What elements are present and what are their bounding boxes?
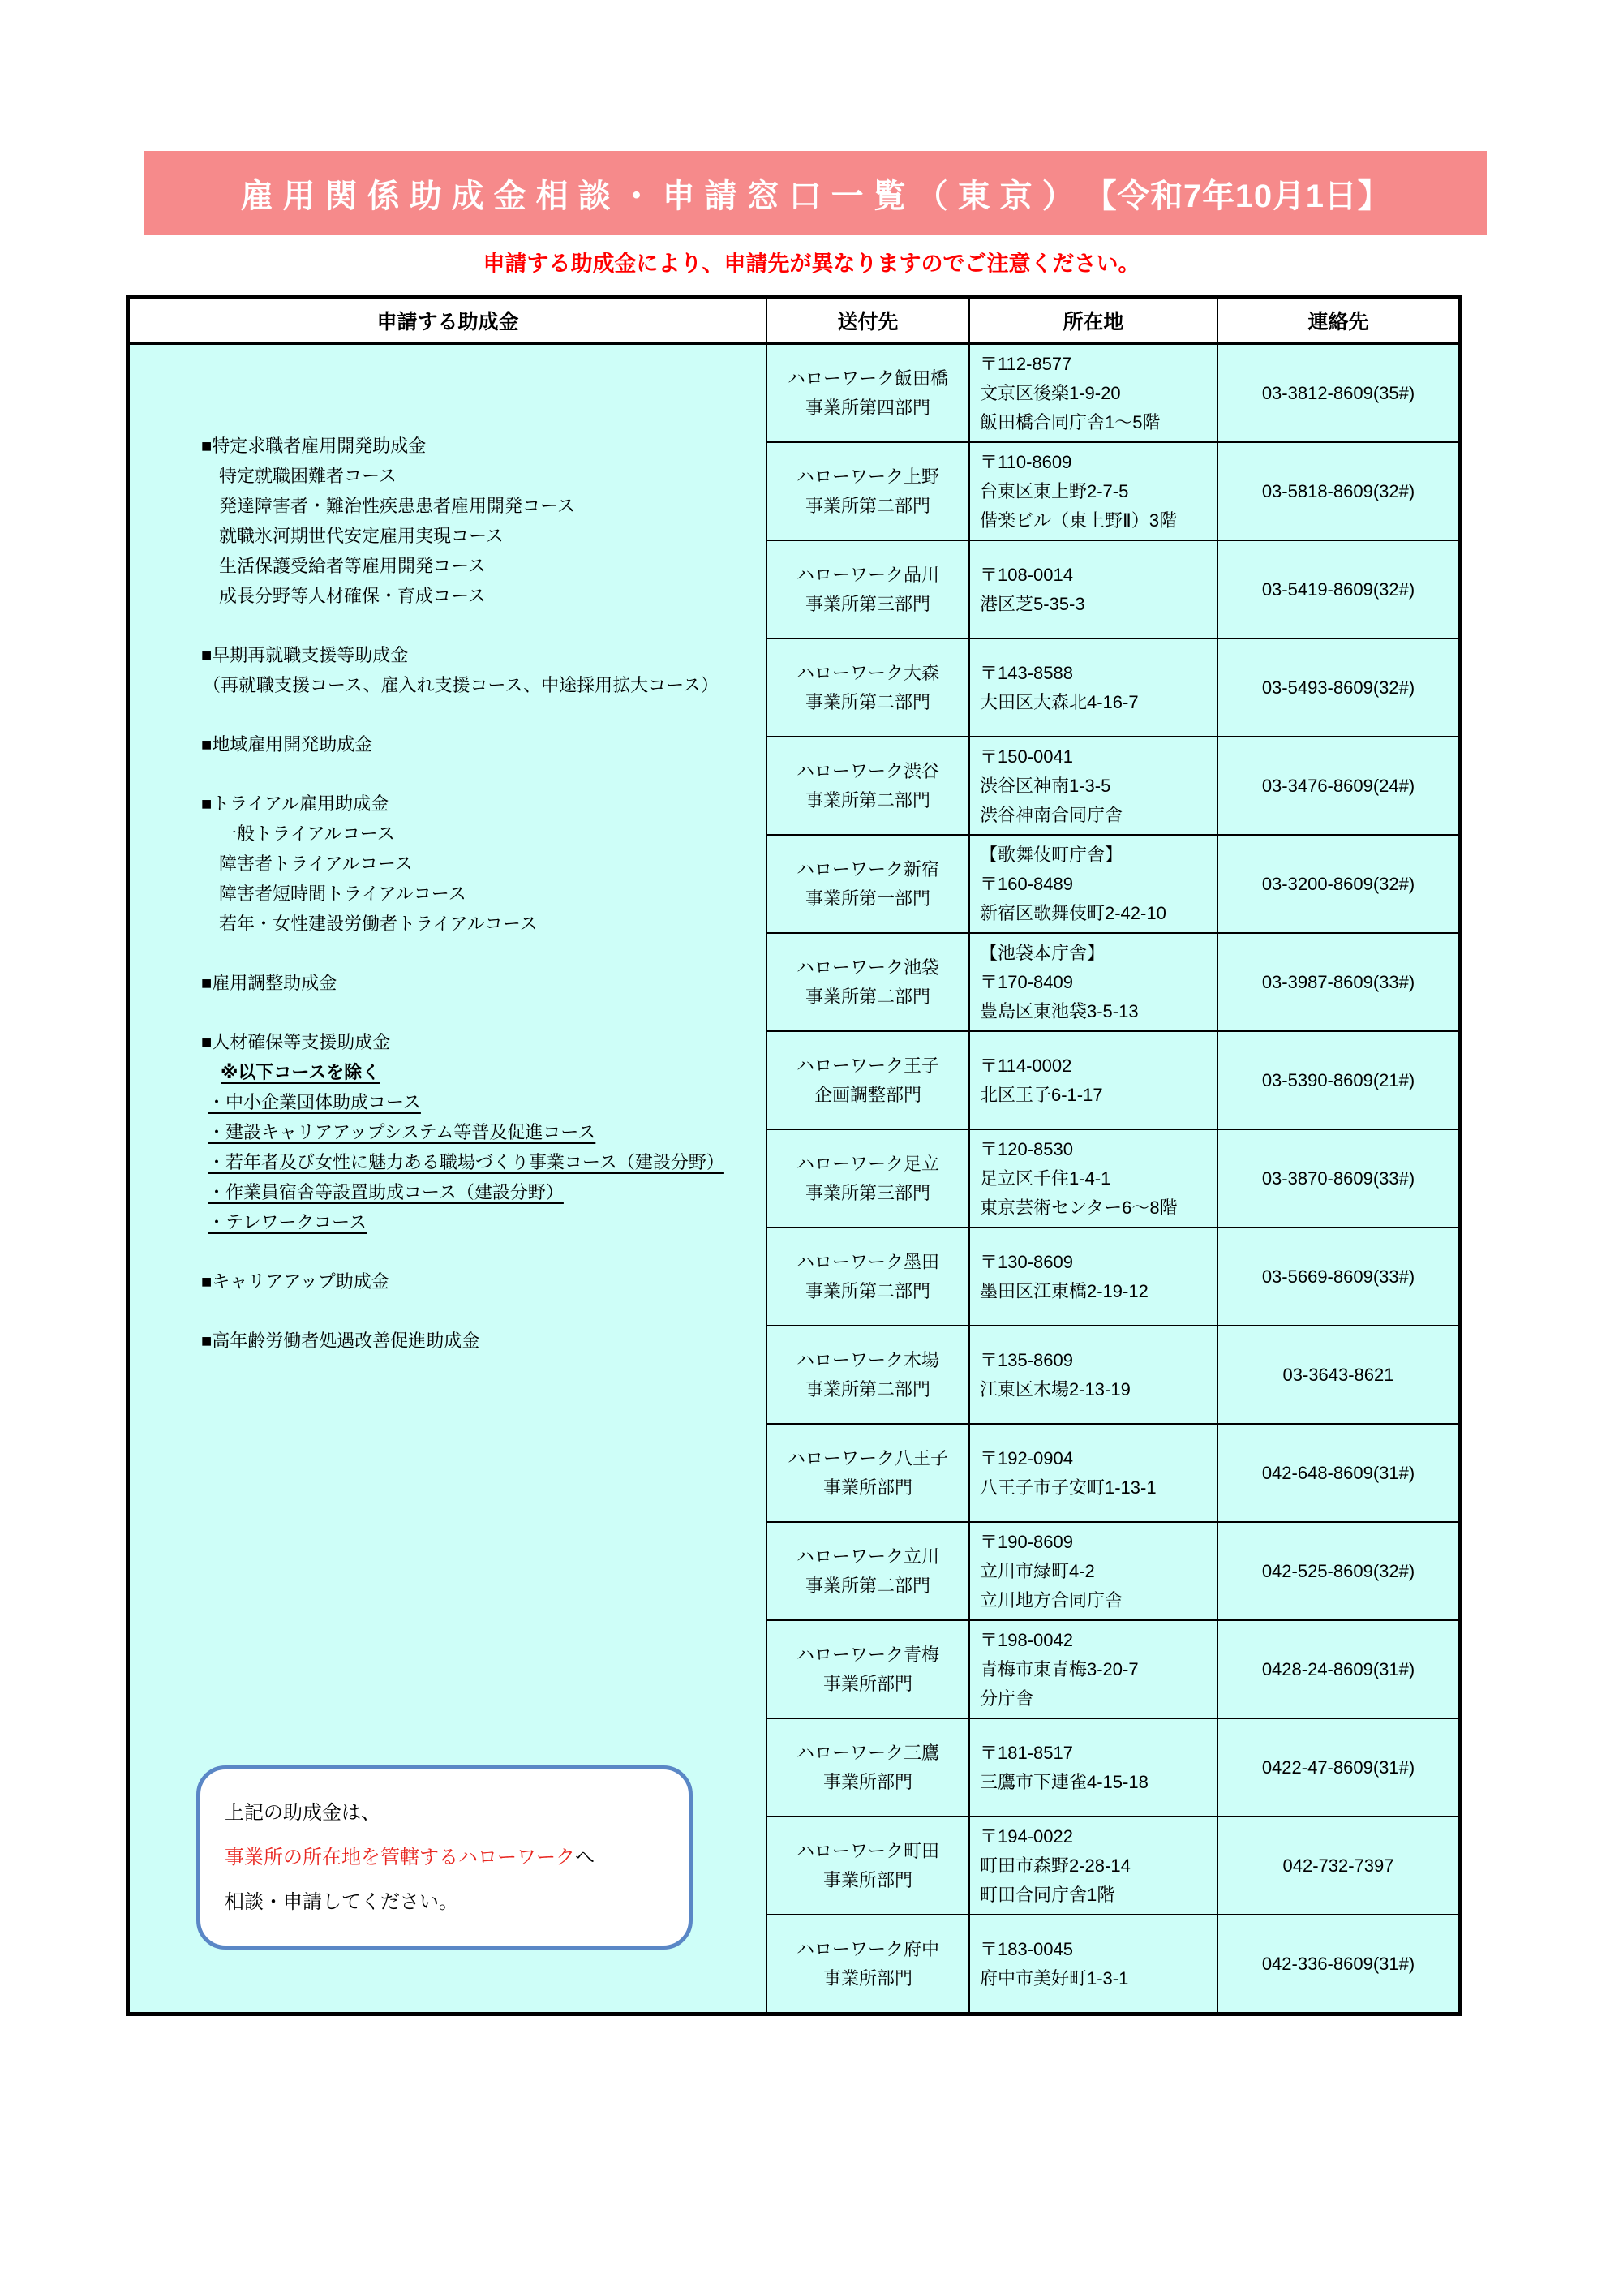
subsidy-list-item: 障害者トライアルコース (201, 849, 749, 879)
subsidy-list-item: ■地域雇用開発助成金 (201, 729, 749, 759)
text-line: ハローワーク町田 (796, 1837, 939, 1866)
subsidy-list-item: ・テレワークコース (201, 1207, 749, 1237)
subsidy-list-item: ■特定求職者雇用開発助成金 (201, 431, 749, 461)
table-body: ■特定求職者雇用開発助成金 特定就職困難者コース 発達障害者・難治性疾患患者雇用… (130, 345, 1458, 2012)
subsidy-list-item: ■早期再就職支援等助成金 (201, 640, 749, 670)
subsidy-window-table: 申請する助成金 送付先 所在地 連絡先 ■特定求職者雇用開発助成金 特定就職困難… (126, 295, 1462, 2016)
text-line: 東京芸術センター6～8階 (980, 1193, 1217, 1223)
office-rows: ハローワーク飯田橋事業所第四部門 〒112-8577文京区後楽1-9-20飯田橋… (767, 345, 1458, 2012)
text-line: 事業所第一部門 (805, 884, 930, 914)
column-header-contact: 連絡先 (1218, 299, 1458, 342)
text-line: 事業所部門 (823, 1670, 912, 1699)
text-line: ハローワーク王子 (796, 1051, 939, 1081)
text-line: 飯田橋合同庁舎1～5階 (980, 408, 1217, 437)
text-line: ハローワーク渋谷 (796, 757, 939, 786)
subsidy-list-item: ・作業員宿舎等設置助成コース（建設分野） (201, 1177, 749, 1207)
text-line: 江東区木場2-13-19 (980, 1375, 1217, 1404)
text-line: ハローワーク足立 (796, 1150, 939, 1179)
office-row: ハローワーク三鷹事業所部門 〒181-8517三鷹市下連雀4-15-18 042… (767, 1719, 1458, 1817)
address-cell: 〒112-8577文京区後楽1-9-20飯田橋合同庁舎1～5階 (970, 345, 1218, 441)
callout-black-suffix: へ (575, 1847, 595, 1868)
text-line: ハローワーク墨田 (796, 1248, 939, 1277)
text-line: 台東区東上野2-7-5 (980, 477, 1217, 506)
office-row: ハローワーク池袋事業所第二部門 【池袋本庁舎】〒170-8409豊島区東池袋3-… (767, 934, 1458, 1032)
phone-cell: 042-336-8609(31#) (1218, 1915, 1458, 2012)
text-line: 分庁舎 (980, 1684, 1217, 1713)
address-cell: 〒110-8609台東区東上野2-7-5偕楽ビル（東上野Ⅱ）3階 (970, 443, 1218, 540)
address-cell: 〒150-0041渋谷区神南1-3-5渋谷神南合同庁舎 (970, 737, 1218, 834)
text-line: 八王子市子安町1-13-1 (980, 1473, 1217, 1503)
column-header-address: 所在地 (970, 299, 1218, 342)
office-name-cell: ハローワーク青梅事業所部門 (767, 1621, 970, 1718)
address-cell: 〒181-8517三鷹市下連雀4-15-18 (970, 1719, 1218, 1816)
text-line: 〒135-8609 (980, 1346, 1217, 1375)
text-line: 北区王子6-1-17 (980, 1081, 1217, 1110)
office-row: ハローワーク飯田橋事業所第四部門 〒112-8577文京区後楽1-9-20飯田橋… (767, 345, 1458, 443)
subsidy-list-item: ■キャリアアップ助成金 (201, 1266, 749, 1296)
office-name-cell: ハローワーク渋谷事業所第二部門 (767, 737, 970, 834)
address-cell: 【歌舞伎町庁舎】〒160-8489新宿区歌舞伎町2-42-10 (970, 836, 1218, 932)
text-line: ハローワーク立川 (796, 1542, 939, 1572)
text-line: 事業所第二部門 (805, 786, 930, 815)
text-line: 〒183-0045 (980, 1935, 1217, 1964)
hellowork-callout: 上記の助成金は、 事業所の所在地を管轄するハローワークへ 相談・申請してください… (196, 1765, 693, 1950)
office-name-cell: ハローワーク府中事業所部門 (767, 1915, 970, 2012)
text-line: 企画調整部門 (814, 1081, 921, 1110)
phone-cell: 03-5669-8609(33#) (1218, 1228, 1458, 1325)
text-line: 立川地方合同庁舎 (980, 1586, 1217, 1615)
text-line: 〒108-0014 (980, 561, 1217, 590)
office-name-cell: ハローワーク王子企画調整部門 (767, 1032, 970, 1129)
text-line: ハローワーク新宿 (796, 855, 939, 884)
text-line: 豊島区東池袋3-5-13 (980, 997, 1217, 1026)
text-line: 〒114-0002 (980, 1051, 1217, 1081)
text-line: 事業所第二部門 (805, 982, 930, 1012)
text-line: ハローワーク大森 (796, 659, 939, 688)
subsidy-list-item: 生活保護受給者等雇用開発コース (201, 551, 749, 581)
office-row: ハローワーク王子企画調整部門 〒114-0002北区王子6-1-17 03-53… (767, 1032, 1458, 1130)
subsidy-list-item: 特定就職困難者コース (201, 461, 749, 491)
text-line: 事業所第二部門 (805, 1572, 930, 1601)
office-name-cell: ハローワーク墨田事業所第二部門 (767, 1228, 970, 1325)
office-row: ハローワーク品川事業所第三部門 〒108-0014港区芝5-35-3 03-54… (767, 541, 1458, 639)
text-line: 〒192-0904 (980, 1444, 1217, 1473)
office-name-cell: ハローワーク大森事業所第二部門 (767, 639, 970, 736)
subsidy-list-item: ■トライアル雇用助成金 (201, 789, 749, 819)
address-cell: 〒194-0022町田市森野2-28-14町田合同庁舎1階 (970, 1817, 1218, 1914)
text-line: 事業所第二部門 (805, 1277, 930, 1306)
subsidy-list-item: 就職氷河期世代安定雇用実現コース (201, 521, 749, 551)
callout-red-text: 事業所の所在地を管轄するハローワーク (225, 1847, 575, 1868)
text-line: ハローワーク飯田橋 (788, 364, 948, 393)
page-title: 雇用関係助成金相談・申請窓口一覧（東京） (241, 170, 1084, 217)
subsidy-list-item: 一般トライアルコース (201, 819, 749, 849)
text-line: ハローワーク品川 (796, 561, 939, 590)
office-name-cell: ハローワーク立川事業所第二部門 (767, 1523, 970, 1619)
text-line: 新宿区歌舞伎町2-42-10 (980, 899, 1217, 928)
office-row: ハローワーク町田事業所部門 〒194-0022町田市森野2-28-14町田合同庁… (767, 1817, 1458, 1915)
text-line: 〒160-8489 (980, 870, 1217, 899)
text-line: 大田区大森北4-16-7 (980, 688, 1217, 717)
office-row: ハローワーク新宿事業所第一部門 【歌舞伎町庁舎】〒160-8489新宿区歌舞伎町… (767, 836, 1458, 934)
text-line: ハローワーク八王子 (788, 1444, 948, 1473)
text-line: 事業所第二部門 (805, 1375, 930, 1404)
address-cell: 〒120-8530足立区千住1-4-1東京芸術センター6～8階 (970, 1130, 1218, 1227)
office-name-cell: ハローワーク木場事業所第二部門 (767, 1326, 970, 1423)
text-line: 事業所第二部門 (805, 492, 930, 521)
subsidy-list-item: ■雇用調整助成金 (201, 968, 749, 998)
office-name-cell: ハローワーク上野事業所第二部門 (767, 443, 970, 540)
phone-cell: 03-3643-8621 (1218, 1326, 1458, 1423)
text-line: 〒194-0022 (980, 1822, 1217, 1851)
text-line: 【池袋本庁舎】 (980, 939, 1217, 968)
phone-cell: 03-5818-8609(32#) (1218, 443, 1458, 540)
subsidy-list-item: 障害者短時間トライアルコース (201, 879, 749, 909)
text-line: ハローワーク府中 (796, 1935, 939, 1964)
subsidy-list-item: 成長分野等人材確保・育成コース (201, 581, 749, 611)
text-line: 事業所部門 (823, 1866, 912, 1895)
address-cell: 〒183-0045府中市美好町1-3-1 (970, 1915, 1218, 2012)
text-line: 〒110-8609 (980, 448, 1217, 477)
office-row: ハローワーク墨田事業所第二部門 〒130-8609墨田区江東橋2-19-12 0… (767, 1228, 1458, 1326)
page-title-date: 【令和7年10月1日】 (1084, 170, 1391, 217)
text-line: 事業所第三部門 (805, 1179, 930, 1208)
text-line: 〒130-8609 (980, 1248, 1217, 1277)
subsidy-list-item: ・建設キャリアアップシステム等普及促進コース (201, 1117, 749, 1147)
address-cell: 〒190-8609立川市緑町4-2立川地方合同庁舎 (970, 1523, 1218, 1619)
table-header-row: 申請する助成金 送付先 所在地 連絡先 (130, 299, 1458, 345)
text-line: 事業所第四部門 (805, 393, 930, 423)
office-name-cell: ハローワーク八王子事業所部門 (767, 1425, 970, 1521)
phone-cell: 03-5390-8609(21#) (1218, 1032, 1458, 1129)
office-row: ハローワーク府中事業所部門 〒183-0045府中市美好町1-3-1 042-3… (767, 1915, 1458, 2012)
office-row: ハローワーク足立事業所第三部門 〒120-8530足立区千住1-4-1東京芸術セ… (767, 1130, 1458, 1228)
phone-cell: 0428-24-8609(31#) (1218, 1621, 1458, 1718)
text-line: 墨田区江東橋2-19-12 (980, 1277, 1217, 1306)
text-line: 【歌舞伎町庁舎】 (980, 841, 1217, 870)
phone-cell: 03-5419-8609(32#) (1218, 541, 1458, 638)
text-line: 〒143-8588 (980, 659, 1217, 688)
phone-cell: 03-3476-8609(24#) (1218, 737, 1458, 834)
phone-cell: 042-525-8609(32#) (1218, 1523, 1458, 1619)
office-name-cell: ハローワーク池袋事業所第二部門 (767, 934, 970, 1030)
callout-line-3: 相談・申請してください。 (225, 1880, 672, 1924)
subsidy-list-item: 発達障害者・難治性疾患患者雇用開発コース (201, 491, 749, 521)
office-name-cell: ハローワーク三鷹事業所部門 (767, 1719, 970, 1816)
subsidy-list: ■特定求職者雇用開発助成金 特定就職困難者コース 発達障害者・難治性疾患患者雇用… (130, 345, 766, 1356)
text-line: 事業所第三部門 (805, 590, 930, 619)
text-line: 〒198-0042 (980, 1626, 1217, 1655)
text-line: 〒170-8409 (980, 968, 1217, 997)
subsidy-list-item: （再就職支援コース、雇入れ支援コース、中途採用拡大コース） (201, 670, 749, 700)
office-name-cell: ハローワーク新宿事業所第一部門 (767, 836, 970, 932)
text-line: ハローワーク三鷹 (796, 1739, 939, 1768)
page-title-banner: 雇用関係助成金相談・申請窓口一覧（東京）【令和7年10月1日】 (144, 151, 1487, 235)
office-name-cell: ハローワーク町田事業所部門 (767, 1817, 970, 1914)
column-header-subsidy: 申請する助成金 (130, 299, 767, 342)
subsidy-list-item: ・中小企業団体助成コース (201, 1087, 749, 1117)
text-line: 渋谷神南合同庁舎 (980, 801, 1217, 830)
phone-cell: 0422-47-8609(31#) (1218, 1719, 1458, 1816)
callout-line-1: 上記の助成金は、 (225, 1791, 672, 1835)
subsidy-list-cell: ■特定求職者雇用開発助成金 特定就職困難者コース 発達障害者・難治性疾患患者雇用… (130, 345, 767, 2012)
callout-line-2: 事業所の所在地を管轄するハローワークへ (225, 1835, 672, 1880)
text-line: 三鷹市下連雀4-15-18 (980, 1768, 1217, 1797)
subsidy-list-item: ■高年齢労働者処遇改善促進助成金 (201, 1326, 749, 1356)
text-line: 渋谷区神南1-3-5 (980, 772, 1217, 801)
text-line: 〒112-8577 (980, 350, 1217, 379)
phone-cell: 03-5493-8609(32#) (1218, 639, 1458, 736)
office-name-cell: ハローワーク品川事業所第三部門 (767, 541, 970, 638)
text-line: 府中市美好町1-3-1 (980, 1964, 1217, 1993)
address-cell: 〒108-0014港区芝5-35-3 (970, 541, 1218, 638)
text-line: 〒150-0041 (980, 742, 1217, 772)
office-row: ハローワーク渋谷事業所第二部門 〒150-0041渋谷区神南1-3-5渋谷神南合… (767, 737, 1458, 836)
address-cell: 〒192-0904八王子市子安町1-13-1 (970, 1425, 1218, 1521)
phone-cell: 03-3812-8609(35#) (1218, 345, 1458, 441)
subsidy-list-item: ※以下コースを除く (201, 1057, 749, 1087)
office-row: ハローワーク木場事業所第二部門 〒135-8609江東区木場2-13-19 03… (767, 1326, 1458, 1425)
address-cell: 【池袋本庁舎】〒170-8409豊島区東池袋3-5-13 (970, 934, 1218, 1030)
phone-cell: 03-3200-8609(32#) (1218, 836, 1458, 932)
text-line: 事業所部門 (823, 1473, 912, 1503)
text-line: 事業所部門 (823, 1964, 912, 1993)
office-row: ハローワーク上野事業所第二部門 〒110-8609台東区東上野2-7-5偕楽ビル… (767, 443, 1458, 541)
phone-cell: 03-3870-8609(33#) (1218, 1130, 1458, 1227)
text-line: 青梅市東青梅3-20-7 (980, 1655, 1217, 1684)
text-line: 町田市森野2-28-14 (980, 1851, 1217, 1881)
address-cell: 〒130-8609墨田区江東橋2-19-12 (970, 1228, 1218, 1325)
phone-cell: 03-3987-8609(33#) (1218, 934, 1458, 1030)
text-line: 〒190-8609 (980, 1528, 1217, 1557)
text-line: 事業所第二部門 (805, 688, 930, 717)
office-row: ハローワーク立川事業所第二部門 〒190-8609立川市緑町4-2立川地方合同庁… (767, 1523, 1458, 1621)
text-line: 事業所部門 (823, 1768, 912, 1797)
text-line: ハローワーク青梅 (796, 1640, 939, 1670)
address-cell: 〒143-8588大田区大森北4-16-7 (970, 639, 1218, 736)
text-line: ハローワーク上野 (796, 462, 939, 492)
text-line: 立川市緑町4-2 (980, 1557, 1217, 1586)
address-cell: 〒114-0002北区王子6-1-17 (970, 1032, 1218, 1129)
subsidy-list-item: ■人材確保等支援助成金 (201, 1027, 749, 1057)
phone-cell: 042-732-7397 (1218, 1817, 1458, 1914)
text-line: 足立区千住1-4-1 (980, 1164, 1217, 1193)
office-row: ハローワーク八王子事業所部門 〒192-0904八王子市子安町1-13-1 04… (767, 1425, 1458, 1523)
address-cell: 〒135-8609江東区木場2-13-19 (970, 1326, 1218, 1423)
office-row: ハローワーク大森事業所第二部門 〒143-8588大田区大森北4-16-7 03… (767, 639, 1458, 737)
notice-text: 申請する助成金により、申請先が異なりますのでご注意ください。 (0, 246, 1623, 277)
text-line: 町田合同庁舎1階 (980, 1881, 1217, 1910)
text-line: 〒181-8517 (980, 1739, 1217, 1768)
text-line: 偕楽ビル（東上野Ⅱ）3階 (980, 506, 1217, 535)
text-line: ハローワーク木場 (796, 1346, 939, 1375)
office-name-cell: ハローワーク飯田橋事業所第四部門 (767, 345, 970, 441)
text-line: 〒120-8530 (980, 1135, 1217, 1164)
office-row: ハローワーク青梅事業所部門 〒198-0042青梅市東青梅3-20-7分庁舎 0… (767, 1621, 1458, 1719)
text-line: 港区芝5-35-3 (980, 590, 1217, 619)
subsidy-list-item: 若年・女性建設労働者トライアルコース (201, 909, 749, 939)
phone-cell: 042-648-8609(31#) (1218, 1425, 1458, 1521)
text-line: ハローワーク池袋 (796, 953, 939, 982)
office-name-cell: ハローワーク足立事業所第三部門 (767, 1130, 970, 1227)
column-header-destination: 送付先 (767, 299, 970, 342)
subsidy-list-item: ・若年者及び女性に魅力ある職場づくり事業コース（建設分野） (201, 1147, 749, 1177)
address-cell: 〒198-0042青梅市東青梅3-20-7分庁舎 (970, 1621, 1218, 1718)
text-line: 文京区後楽1-9-20 (980, 379, 1217, 408)
